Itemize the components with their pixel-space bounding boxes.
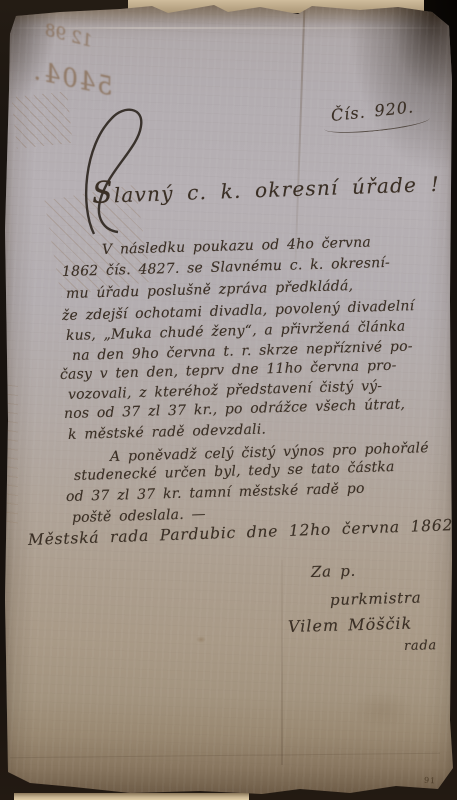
bleedthrough-number-1: 12 98 <box>42 20 94 51</box>
bleedthrough-scribble-1 <box>11 91 72 149</box>
underlying-sheet-bottom-edge <box>14 793 249 800</box>
body-line: mu úřadu poslušně zpráva předkládá, <box>66 278 354 302</box>
vertical-fold-crease-lower <box>281 560 283 765</box>
signature-line-1: Za p. <box>311 562 357 581</box>
bleedthrough-scribble-3 <box>0 380 18 530</box>
signature-line-2: purkmistra <box>330 588 422 609</box>
signature-name: Vilem Möščik <box>288 614 413 636</box>
paper-stain <box>352 690 412 730</box>
photo-of-letter: 12 98 5404. Čís. 920. Slavný c. k. okres… <box>0 0 457 800</box>
body-line: od 37 zl 37 kr. tamní městské radě po <box>66 481 365 505</box>
signature-line-4: rada <box>404 638 437 654</box>
body-line: 1862 čís. 4827. se Slavnému c. k. okresn… <box>62 255 390 280</box>
page-number-mark: 91 <box>424 776 437 786</box>
vertical-fold-crease <box>295 10 306 260</box>
paper-sheet: 12 98 5404. Čís. 920. Slavný c. k. okres… <box>0 0 457 800</box>
body-line: k městské radě odevzdali. <box>68 421 266 443</box>
body-line: poště odeslala. — <box>72 506 206 526</box>
bleedthrough-number-2: 5404. <box>30 56 116 101</box>
bottom-crease <box>10 753 440 759</box>
ink-stain <box>196 636 206 643</box>
